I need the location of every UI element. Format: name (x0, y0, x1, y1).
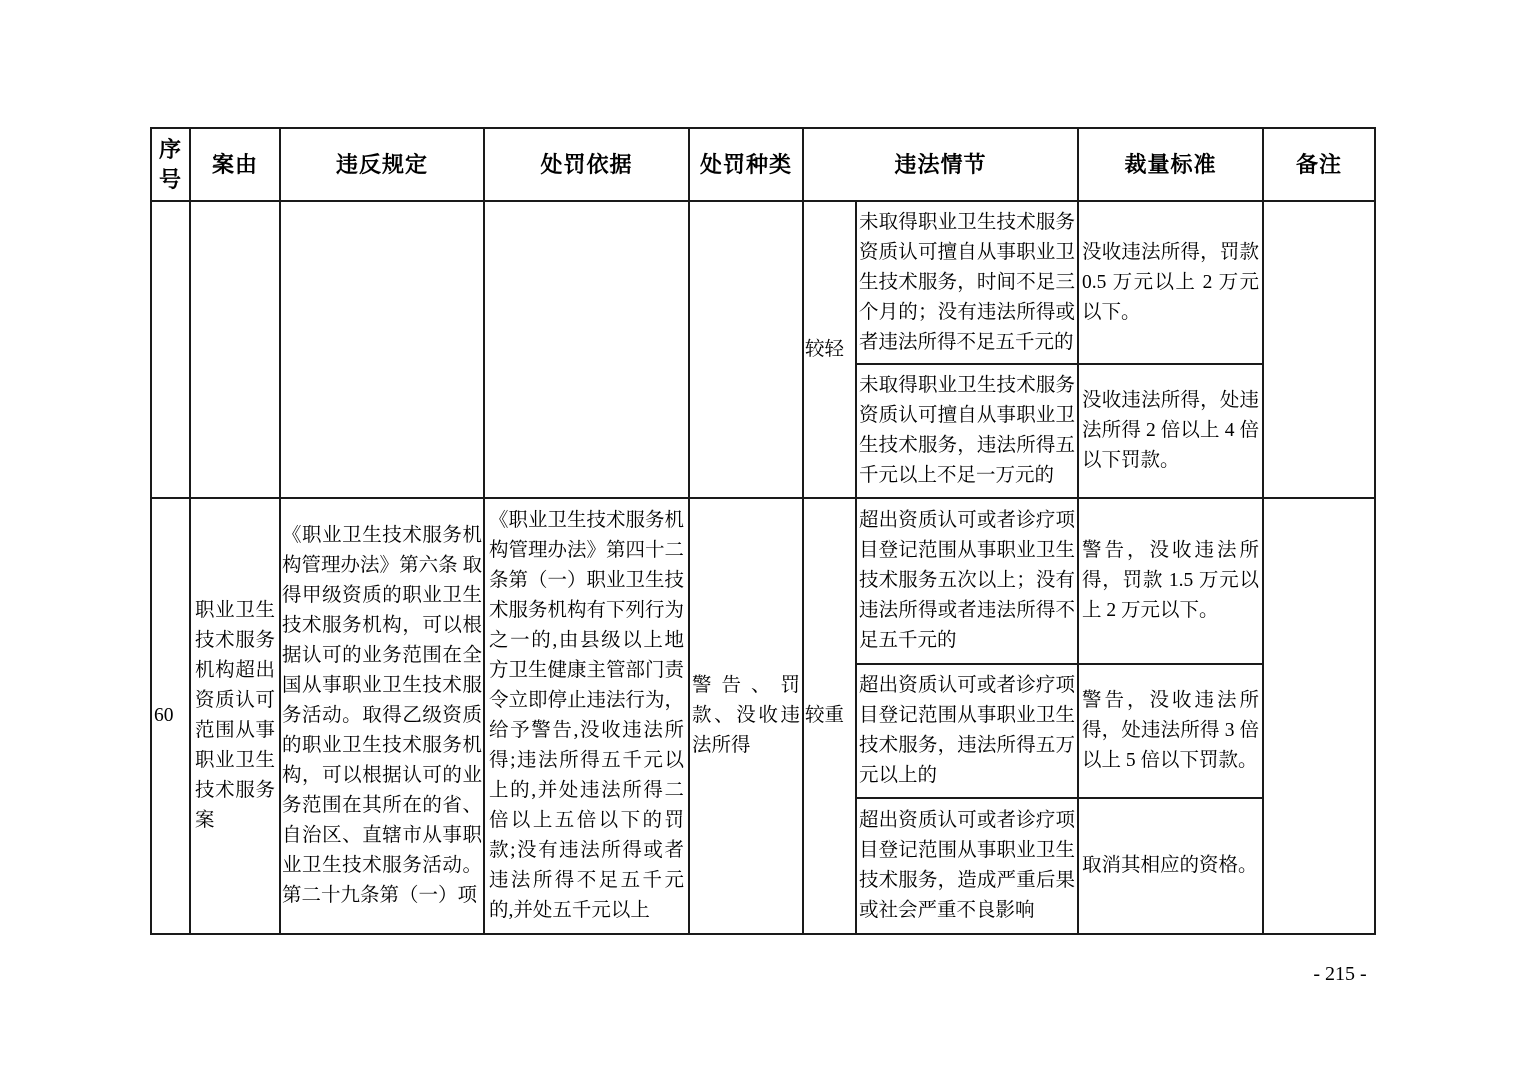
col-header-penalty-types: 处罚种类 (689, 128, 803, 201)
severity-cell: 较轻 (803, 201, 856, 498)
col-header-note: 备注 (1263, 128, 1375, 201)
circumstance-cell: 超出资质认可或者诊疗项目登记范围从事职业卫生技术服务，违法所得五万元以上的 (856, 664, 1078, 798)
document-page: 序号 案由 违反规定 处罚依据 处罚种类 违法情节 裁量标准 备注 较轻 未取得… (0, 0, 1520, 1074)
basis-cell: 《职业卫生技术服务机构管理办法》第四十二条第（一）职业卫生技术服务机构有下列行为… (484, 498, 689, 934)
note-cell-empty (1263, 498, 1375, 934)
cause-cell-empty (190, 201, 280, 498)
standard-cell: 警告，没收违法所得，处违法所得 3 倍以上 5 倍以下罚款。 (1078, 664, 1263, 798)
penalty-types-cell: 警告、罚款、没收违法所得 (689, 498, 803, 934)
standard-cell: 警告，没收违法所得，罚款 1.5 万元以上 2 万元以下。 (1078, 498, 1263, 664)
table-row: 较轻 未取得职业卫生技术服务资质认可擅自从事职业卫生技术服务，时间不足三个月的；… (151, 201, 1375, 364)
note-cell-empty (1263, 201, 1375, 498)
col-header-cause: 案由 (190, 128, 280, 201)
regulation-cell: 《职业卫生技术服务机构管理办法》第六条 取得甲级资质的职业卫生技术服务机构，可以… (280, 498, 484, 934)
header-row: 序号 案由 违反规定 处罚依据 处罚种类 违法情节 裁量标准 备注 (151, 128, 1375, 201)
standard-cell: 没收违法所得，罚款 0.5 万元以上 2 万元以下。 (1078, 201, 1263, 364)
standard-cell: 取消其相应的资格。 (1078, 798, 1263, 934)
severity-cell: 较重 (803, 498, 856, 934)
table-row: 60 职业卫生技术服务机构超出资质认可范围从事职业卫生技术服务案 《职业卫生技术… (151, 498, 1375, 664)
serial-cell-empty (151, 201, 190, 498)
penalty-types-cell-empty (689, 201, 803, 498)
circumstance-cell: 超出资质认可或者诊疗项目登记范围从事职业卫生技术服务，造成严重后果或社会严重不良… (856, 798, 1078, 934)
serial-cell: 60 (151, 498, 190, 934)
circumstance-cell: 未取得职业卫生技术服务资质认可擅自从事职业卫生技术服务，违法所得五千元以上不足一… (856, 364, 1078, 498)
regulation-cell-empty (280, 201, 484, 498)
circumstance-cell: 超出资质认可或者诊疗项目登记范围从事职业卫生技术服务五次以上；没有违法所得或者违… (856, 498, 1078, 664)
circumstance-cell: 未取得职业卫生技术服务资质认可擅自从事职业卫生技术服务，时间不足三个月的；没有违… (856, 201, 1078, 364)
col-header-regulation: 违反规定 (280, 128, 484, 201)
cause-cell: 职业卫生技术服务机构超出资质认可范围从事职业卫生技术服务案 (190, 498, 280, 934)
col-header-serial: 序号 (151, 128, 190, 201)
penalty-discretion-table: 序号 案由 违反规定 处罚依据 处罚种类 违法情节 裁量标准 备注 较轻 未取得… (150, 127, 1376, 935)
standard-cell: 没收违法所得，处违法所得 2 倍以上 4 倍以下罚款。 (1078, 364, 1263, 498)
col-header-basis: 处罚依据 (484, 128, 689, 201)
col-header-circumstance: 违法情节 (803, 128, 1078, 201)
page-number: - 215 - (1295, 963, 1385, 986)
basis-cell-empty (484, 201, 689, 498)
col-header-standard: 裁量标准 (1078, 128, 1263, 201)
